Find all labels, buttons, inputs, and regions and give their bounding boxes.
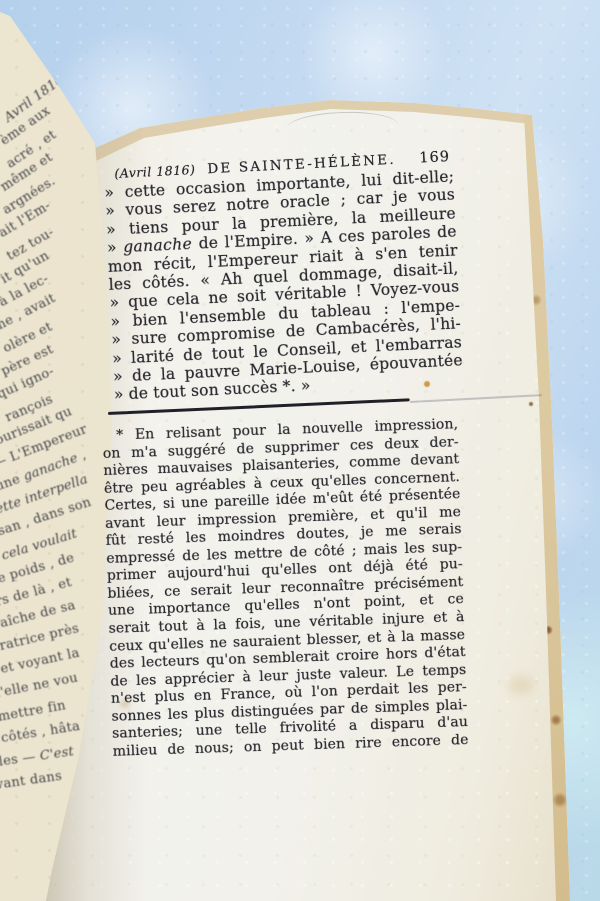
crease-line bbox=[410, 394, 542, 402]
stain bbox=[529, 402, 533, 406]
stain bbox=[508, 676, 534, 694]
footnote-text: * En relisant pour la nouvelle impressio… bbox=[102, 416, 469, 761]
crease-line bbox=[286, 110, 398, 129]
page-fragment: u'elle ne vou bbox=[0, 670, 79, 701]
body-text: » cette occasion importante, lui dit-ell… bbox=[104, 168, 464, 405]
page-number: 169 bbox=[419, 149, 450, 167]
page-fragment: illes — C'est bbox=[0, 744, 75, 771]
page-fragment: s côtés , hâta bbox=[0, 719, 81, 748]
page-fragment: mettre fin bbox=[0, 698, 67, 725]
page-fragment: avant dans bbox=[0, 769, 63, 794]
header-date: (Avril 1816) bbox=[114, 162, 196, 181]
book-photo: Avril 1816)ème auxacré , etmême etargnée… bbox=[0, 0, 600, 901]
